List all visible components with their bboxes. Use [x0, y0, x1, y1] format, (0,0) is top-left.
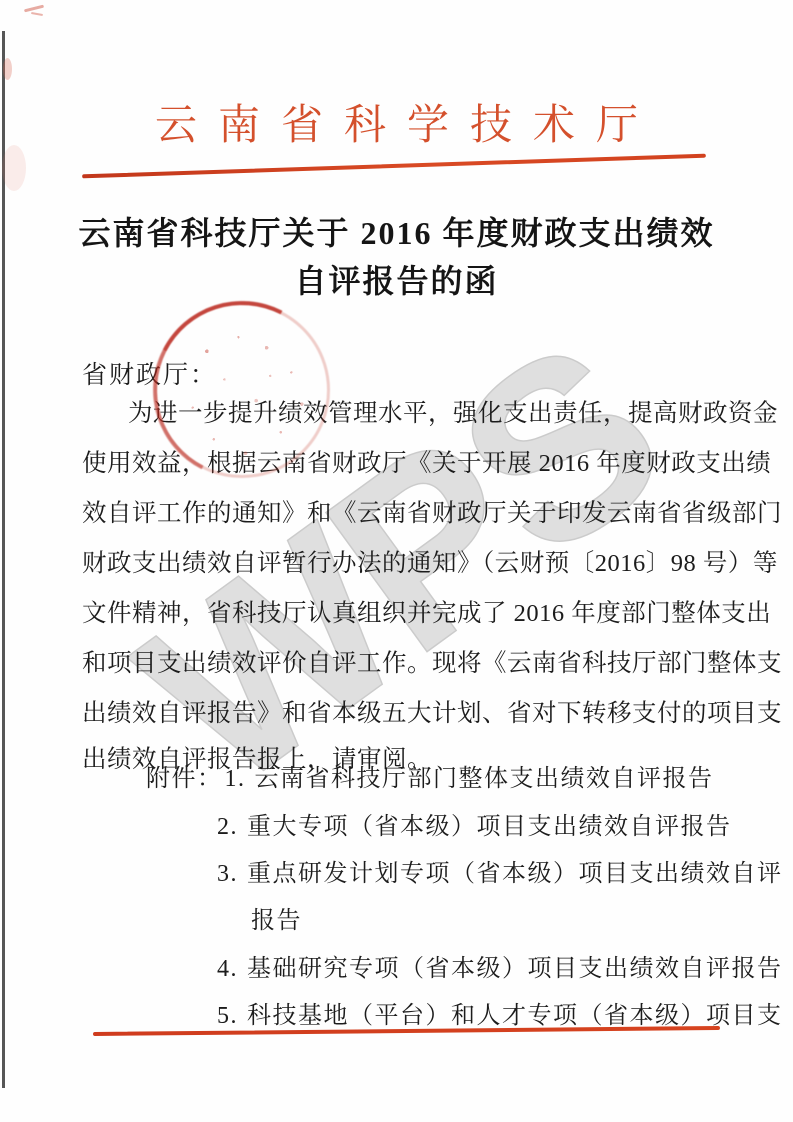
attachment-number: 3.: [217, 861, 238, 887]
letterhead-agency-name: 云南省科学技术厅: [0, 92, 793, 152]
red-ink-speck: [31, 12, 43, 16]
attachments-label: 附件：: [146, 766, 223, 792]
body-line: 文件精神，省科技厅认真组织并完成了 2016 年度部门整体支出: [82, 594, 732, 629]
attachment-number: 4.: [217, 956, 238, 982]
attachment-number: 2.: [217, 814, 238, 840]
body-line: 财政支出绩效自评暂行办法的通知》（云财预〔2016〕98 号）等: [82, 544, 732, 579]
red-ink-smudge: [2, 145, 26, 191]
body-line: 出绩效自评报告》和省本级五大计划、省对下转移支付的项目支: [82, 694, 732, 729]
attachment-text: 报告: [251, 908, 302, 934]
attachment-text: 重点研发计划专项（省本级）项目支出绩效自评: [247, 861, 783, 887]
attachment-item-3: 3.重点研发计划专项（省本级）项目支出绩效自评: [217, 853, 783, 888]
attachment-item-1: 附件：1.云南省科技厅部门整体支出绩效自评报告: [146, 758, 714, 793]
attachment-text: 云南省科技厅部门整体支出绩效自评报告: [255, 766, 714, 792]
attachment-item-2: 2.重大专项（省本级）项目支出绩效自评报告: [217, 806, 732, 841]
attachment-item-3-continuation: 报告: [251, 900, 302, 935]
scanned-official-letter-page: WPS 云南省科学技术厅 云南省科技厅关于 2016 年度财政支出绩效 自评报告…: [0, 0, 793, 1122]
attachment-item-5: 5.科技基地（平台）和人才专项（省本级）项目支: [217, 995, 783, 1030]
attachment-text: 重大专项（省本级）项目支出绩效自评报告: [247, 814, 732, 840]
attachment-number: 1.: [225, 766, 246, 792]
attachment-text: 科技基地（平台）和人才专项（省本级）项目支: [247, 1003, 783, 1029]
red-ink-smudge: [3, 58, 12, 80]
attachment-text: 基础研究专项（省本级）项目支出绩效自评报告: [247, 956, 783, 982]
document-title-line2: 自评报告的函: [0, 256, 793, 302]
red-ink-speck: [24, 5, 44, 13]
body-line: 效自评工作的通知》和《云南省财政厅关于印发云南省省级部门: [82, 494, 732, 529]
document-title-line1: 云南省科技厅关于 2016 年度财政支出绩效: [0, 208, 793, 254]
official-seal-stamp: [154, 302, 330, 478]
letterhead-rule: [82, 154, 706, 179]
scan-paper-edge: [2, 31, 5, 1088]
body-line: 和项目支出绩效评价自评工作。现将《云南省科技厅部门整体支: [82, 644, 732, 679]
attachment-number: 5.: [217, 1003, 238, 1029]
attachment-item-4: 4.基础研究专项（省本级）项目支出绩效自评报告: [217, 948, 783, 983]
